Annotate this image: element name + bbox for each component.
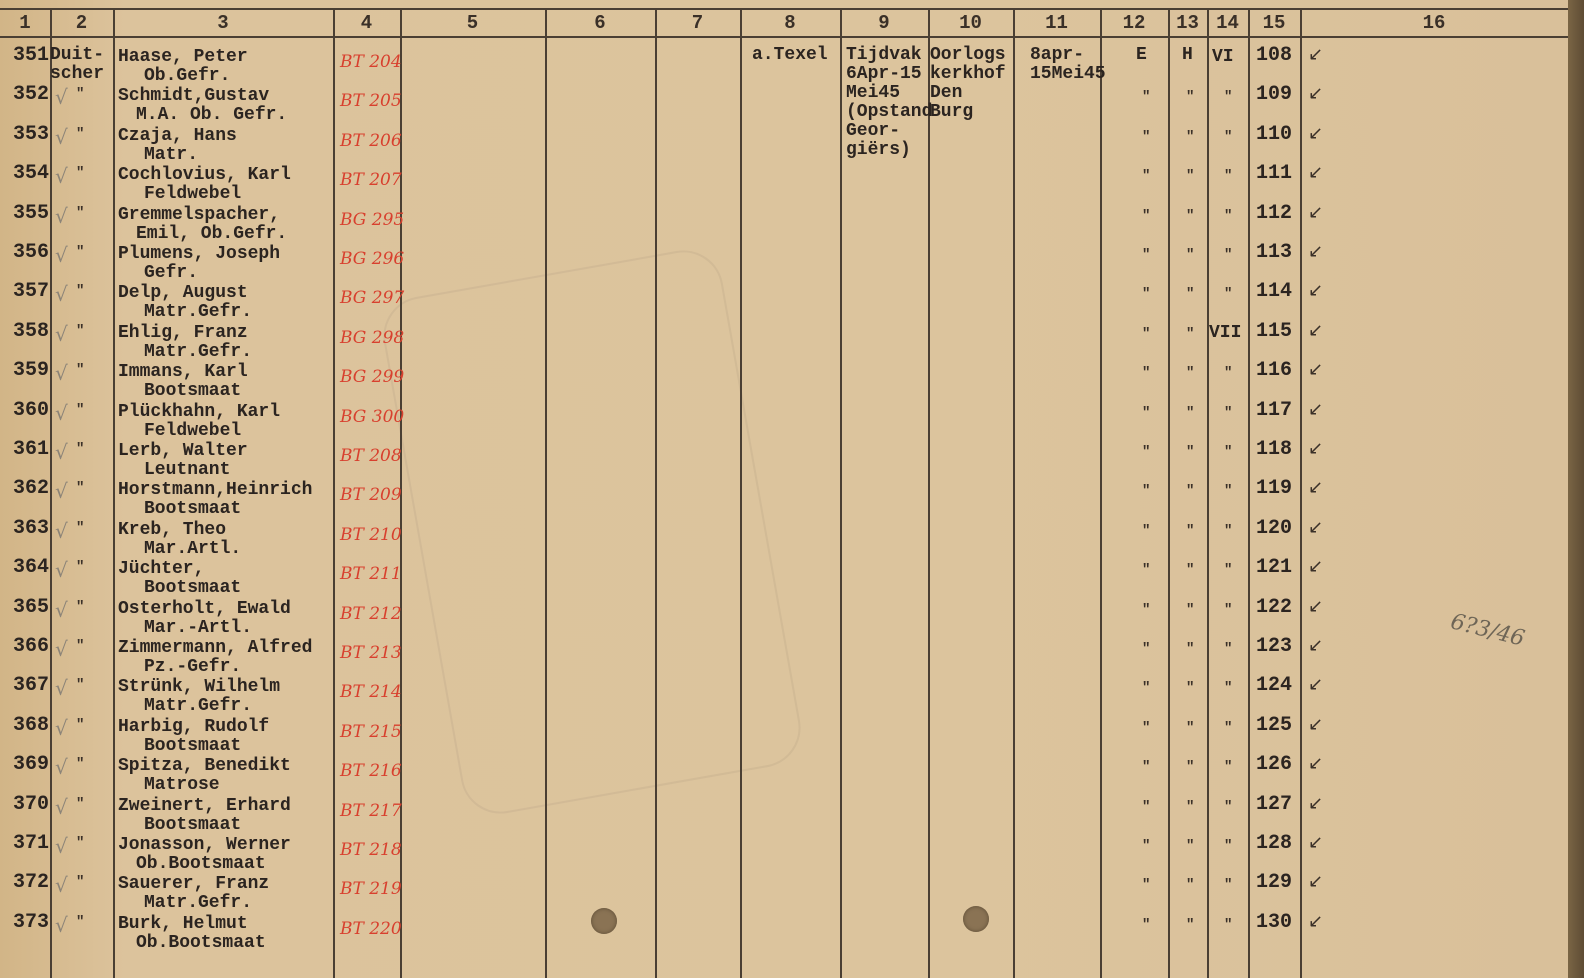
punch-hole-right xyxy=(963,906,989,932)
tick-mark-icon: ↙ xyxy=(1308,753,1323,774)
row-number: 361 xyxy=(13,440,49,459)
person-rank: Bootsmaat xyxy=(144,816,241,835)
col14-ditto: " xyxy=(1224,759,1232,775)
ditto-mark: " xyxy=(76,677,84,693)
col13-ditto: " xyxy=(1186,720,1194,736)
check-mark-icon: √ xyxy=(55,676,68,700)
check-mark-icon: √ xyxy=(55,873,68,897)
column-divider xyxy=(1168,10,1170,978)
col13-ditto: " xyxy=(1186,877,1194,893)
row-number: 365 xyxy=(13,598,49,617)
person-rank: Mar.Artl. xyxy=(144,540,241,559)
col10-cemetery: Oorlogs kerkhof Den Burg xyxy=(930,46,1006,122)
col15-number: 130 xyxy=(1256,913,1292,932)
ditto-mark: " xyxy=(76,205,84,221)
row-number: 355 xyxy=(13,204,49,223)
column-divider xyxy=(50,10,52,978)
column-header-4: 4 xyxy=(333,10,400,36)
col15-number: 112 xyxy=(1256,204,1292,223)
grave-reference: BG 295 xyxy=(340,210,404,230)
col9-period: Tijdvak 6Apr-15 Mei45 (Opstand Geor- gië… xyxy=(846,46,932,160)
ditto-mark: " xyxy=(76,914,84,930)
person-rank: Matr.Gefr. xyxy=(144,303,252,322)
column-header-10: 10 xyxy=(928,10,1013,36)
column-divider xyxy=(655,10,657,978)
check-mark-icon: √ xyxy=(55,637,68,661)
tick-mark-icon: ↙ xyxy=(1308,320,1323,341)
ditto-mark: " xyxy=(76,796,84,812)
col14-ditto: " xyxy=(1224,483,1232,499)
col12-ditto: " xyxy=(1142,641,1150,657)
check-mark-icon: √ xyxy=(55,125,68,149)
row-number: 367 xyxy=(13,676,49,695)
person-rank: Gefr. xyxy=(144,264,198,283)
col11-dates: 8apr- 15Mei45 xyxy=(1030,46,1106,84)
check-mark-icon: √ xyxy=(55,164,68,188)
col13-ditto: " xyxy=(1186,365,1194,381)
person-name: Burk, Helmut xyxy=(118,915,248,934)
row-number: 360 xyxy=(13,401,49,420)
col14-ditto: " xyxy=(1224,562,1232,578)
col15-number: 109 xyxy=(1256,85,1292,104)
row-number: 351 xyxy=(13,46,49,65)
person-rank: Bootsmaat xyxy=(144,579,241,598)
col14-value: VI xyxy=(1212,48,1234,67)
col8-location: a.Texel xyxy=(752,46,828,65)
ditto-mark: " xyxy=(76,480,84,496)
col15-number: 118 xyxy=(1256,440,1292,459)
column-divider xyxy=(840,10,842,978)
col13-ditto: " xyxy=(1186,759,1194,775)
person-rank: Mar.-Artl. xyxy=(144,619,252,638)
tick-mark-icon: ↙ xyxy=(1308,162,1323,183)
column-header-1: 1 xyxy=(0,10,50,36)
person-name: Schmidt,Gustav xyxy=(118,87,269,106)
col15-number: 117 xyxy=(1256,401,1292,420)
grave-reference: BT 209 xyxy=(340,485,402,505)
col15-number: 128 xyxy=(1256,834,1292,853)
person-name: Lerb, Walter xyxy=(118,442,248,461)
tick-mark-icon: ↙ xyxy=(1308,714,1323,735)
col12-first: E xyxy=(1136,46,1147,65)
person-rank: Ob.Gefr. xyxy=(144,67,230,86)
person-rank: Feldwebel xyxy=(144,422,241,441)
col12-ditto: " xyxy=(1142,365,1150,381)
grave-reference: BT 215 xyxy=(340,722,402,742)
row-number: 372 xyxy=(13,873,49,892)
col15-number: 113 xyxy=(1256,243,1292,262)
tick-mark-icon: ↙ xyxy=(1308,123,1323,144)
column-divider xyxy=(545,10,547,978)
grave-reference: BT 214 xyxy=(340,682,402,702)
column-divider xyxy=(1100,10,1102,978)
column-header-9: 9 xyxy=(840,10,928,36)
grave-reference: BT 211 xyxy=(340,564,402,584)
check-mark-icon: √ xyxy=(55,440,68,464)
col14-ditto: " xyxy=(1224,129,1232,145)
grave-reference: BG 299 xyxy=(340,367,404,387)
person-name: Delp, August xyxy=(118,284,248,303)
row-number: 366 xyxy=(13,637,49,656)
column-header-6: 6 xyxy=(545,10,655,36)
ditto-mark: " xyxy=(76,323,84,339)
ditto-mark: " xyxy=(76,599,84,615)
col13-ditto: " xyxy=(1186,444,1194,460)
person-name: Immans, Karl xyxy=(118,363,248,382)
col14-ditto: " xyxy=(1224,168,1232,184)
ditto-mark: " xyxy=(76,835,84,851)
tick-mark-icon: ↙ xyxy=(1308,477,1323,498)
check-mark-icon: √ xyxy=(55,204,68,228)
grave-reference: BT 213 xyxy=(340,643,402,663)
ditto-mark: " xyxy=(76,362,84,378)
person-name: Plückhahn, Karl xyxy=(118,403,280,422)
person-rank: Bootsmaat xyxy=(144,382,241,401)
col15-number: 125 xyxy=(1256,716,1292,735)
col13-ditto: " xyxy=(1186,405,1194,421)
col12-ditto: " xyxy=(1142,720,1150,736)
check-mark-icon: √ xyxy=(55,85,68,109)
grave-reference: BT 216 xyxy=(340,761,402,781)
column-header-3: 3 xyxy=(113,10,333,36)
grave-reference: BT 204 xyxy=(340,52,402,72)
person-name: Zimmermann, Alfred xyxy=(118,639,312,658)
col15-number: 124 xyxy=(1256,676,1292,695)
ditto-mark: " xyxy=(76,402,84,418)
person-name: Strünk, Wilhelm xyxy=(118,678,280,697)
col13-ditto: " xyxy=(1186,602,1194,618)
check-mark-icon: √ xyxy=(55,361,68,385)
row-number: 352 xyxy=(13,85,49,104)
check-mark-icon: √ xyxy=(55,598,68,622)
col14-ditto: " xyxy=(1224,405,1232,421)
ditto-mark: " xyxy=(76,283,84,299)
col13-ditto: " xyxy=(1186,483,1194,499)
tick-mark-icon: ↙ xyxy=(1308,635,1323,656)
tick-mark-icon: ↙ xyxy=(1308,438,1323,459)
col13-ditto: " xyxy=(1186,208,1194,224)
person-rank: Bootsmaat xyxy=(144,737,241,756)
col15-number: 116 xyxy=(1256,361,1292,380)
column-header-15: 15 xyxy=(1248,10,1300,36)
column-divider xyxy=(740,10,742,978)
person-rank: Matr. xyxy=(144,146,198,165)
col14-ditto: " xyxy=(1224,247,1232,263)
check-mark-icon: √ xyxy=(55,243,68,267)
ditto-mark: " xyxy=(76,559,84,575)
person-name: Kreb, Theo xyxy=(118,521,226,540)
col14-ditto: " xyxy=(1224,720,1232,736)
col15-number: 120 xyxy=(1256,519,1292,538)
person-rank: Pz.-Gefr. xyxy=(144,658,241,677)
grave-reference: BT 206 xyxy=(340,131,402,151)
col12-ditto: " xyxy=(1142,405,1150,421)
person-name: Zweinert, Erhard xyxy=(118,797,291,816)
col12-ditto: " xyxy=(1142,444,1150,460)
person-name: Czaja, Hans xyxy=(118,127,237,146)
column-header-2: 2 xyxy=(50,10,113,36)
col13-ditto: " xyxy=(1186,641,1194,657)
col12-ditto: " xyxy=(1142,562,1150,578)
col13-ditto: " xyxy=(1186,680,1194,696)
person-rank: Ob.Bootsmaat xyxy=(136,855,266,874)
grave-reference: BT 212 xyxy=(340,604,402,624)
col13-ditto: " xyxy=(1186,799,1194,815)
column-header-16: 16 xyxy=(1300,10,1568,36)
col12-ditto: " xyxy=(1142,286,1150,302)
person-rank: Ob.Bootsmaat xyxy=(136,934,266,953)
person-name: Ehlig, Franz xyxy=(118,324,248,343)
col12-ditto: " xyxy=(1142,129,1150,145)
col13-ditto: " xyxy=(1186,917,1194,933)
grave-reference: BT 210 xyxy=(340,525,402,545)
check-mark-icon: √ xyxy=(55,913,68,937)
row-number: 368 xyxy=(13,716,49,735)
tick-mark-icon: ↙ xyxy=(1308,517,1323,538)
tick-mark-icon: ↙ xyxy=(1308,83,1323,104)
row-number: 373 xyxy=(13,913,49,932)
col12-ditto: " xyxy=(1142,799,1150,815)
col15-number: 115 xyxy=(1256,322,1292,341)
person-name: Plumens, Joseph xyxy=(118,245,280,264)
tick-mark-icon: ↙ xyxy=(1308,911,1323,932)
col15-number: 111 xyxy=(1256,164,1292,183)
person-name: Jüchter, xyxy=(118,560,204,579)
person-rank: Feldwebel xyxy=(144,185,241,204)
tick-mark-icon: ↙ xyxy=(1308,202,1323,223)
grave-reference: BG 296 xyxy=(340,249,404,269)
row-number: 353 xyxy=(13,125,49,144)
person-name: Horstmann,Heinrich xyxy=(118,481,312,500)
grave-reference: BT 208 xyxy=(340,446,402,466)
col14-ditto: " xyxy=(1224,208,1232,224)
check-mark-icon: √ xyxy=(55,322,68,346)
col15-number: 121 xyxy=(1256,558,1292,577)
col15-number: 108 xyxy=(1256,46,1292,65)
column-header-7: 7 xyxy=(655,10,740,36)
col15-number: 110 xyxy=(1256,125,1292,144)
col14-ditto: " xyxy=(1224,799,1232,815)
column-header-12: 12 xyxy=(1100,10,1168,36)
row-number: 356 xyxy=(13,243,49,262)
person-rank: Matrose xyxy=(144,776,220,795)
person-rank: Emil, Ob.Gefr. xyxy=(136,225,287,244)
column-header-11: 11 xyxy=(1013,10,1100,36)
ditto-mark: " xyxy=(76,86,84,102)
check-mark-icon: √ xyxy=(55,558,68,582)
col12-ditto: " xyxy=(1142,326,1150,342)
col13-ditto: " xyxy=(1186,89,1194,105)
person-rank: Bootsmaat xyxy=(144,500,241,519)
row-number: 369 xyxy=(13,755,49,774)
column-divider xyxy=(113,10,115,978)
tick-mark-icon: ↙ xyxy=(1308,44,1323,65)
person-name: Haase, Peter xyxy=(118,48,248,67)
col12-ditto: " xyxy=(1142,208,1150,224)
col12-ditto: " xyxy=(1142,168,1150,184)
col15-number: 126 xyxy=(1256,755,1292,774)
col14-ditto: " xyxy=(1224,680,1232,696)
col12-ditto: " xyxy=(1142,602,1150,618)
col14-ditto: " xyxy=(1224,838,1232,854)
ditto-mark: " xyxy=(76,244,84,260)
row-number: 357 xyxy=(13,282,49,301)
person-rank: Matr.Gefr. xyxy=(144,343,252,362)
col13-ditto: " xyxy=(1186,326,1194,342)
grave-reference: BT 219 xyxy=(340,879,402,899)
column-divider xyxy=(1207,10,1209,978)
col13-ditto: " xyxy=(1186,838,1194,854)
col15-number: 129 xyxy=(1256,873,1292,892)
col13-ditto: " xyxy=(1186,247,1194,263)
row-number: 362 xyxy=(13,479,49,498)
person-name: Spitza, Benedikt xyxy=(118,757,291,776)
col15-number: 123 xyxy=(1256,637,1292,656)
grave-reference: BG 300 xyxy=(340,407,404,427)
tick-mark-icon: ↙ xyxy=(1308,241,1323,262)
person-name: Sauerer, Franz xyxy=(118,875,269,894)
col13-ditto: " xyxy=(1186,129,1194,145)
person-rank: M.A. Ob. Gefr. xyxy=(136,106,287,125)
row-number: 371 xyxy=(13,834,49,853)
ditto-mark: " xyxy=(76,756,84,772)
col14-ditto: " xyxy=(1224,877,1232,893)
page-edge xyxy=(1568,0,1584,978)
column-divider xyxy=(1300,10,1302,978)
punch-hole-left xyxy=(591,908,617,934)
col15-number: 114 xyxy=(1256,282,1292,301)
column-header-13: 13 xyxy=(1168,10,1207,36)
col15-number: 127 xyxy=(1256,795,1292,814)
col12-ditto: " xyxy=(1142,89,1150,105)
col12-ditto: " xyxy=(1142,680,1150,696)
grave-reference: BG 297 xyxy=(340,288,404,308)
ditto-mark: " xyxy=(76,874,84,890)
check-mark-icon: √ xyxy=(55,519,68,543)
person-name: Gremmelspacher, xyxy=(118,206,280,225)
col14-ditto: " xyxy=(1224,444,1232,460)
ditto-mark: " xyxy=(76,717,84,733)
tick-mark-icon: ↙ xyxy=(1308,596,1323,617)
col15-number: 122 xyxy=(1256,598,1292,617)
col12-ditto: " xyxy=(1142,877,1150,893)
person-rank: Leutnant xyxy=(144,461,230,480)
col14-ditto: " xyxy=(1224,641,1232,657)
row-number: 363 xyxy=(13,519,49,538)
tick-mark-icon: ↙ xyxy=(1308,399,1323,420)
col13-ditto: " xyxy=(1186,562,1194,578)
column-divider xyxy=(1013,10,1015,978)
row-number: 370 xyxy=(13,795,49,814)
check-mark-icon: √ xyxy=(55,716,68,740)
col14-ditto: " xyxy=(1224,602,1232,618)
person-name: Harbig, Rudolf xyxy=(118,718,269,737)
ditto-mark: " xyxy=(76,520,84,536)
col12-ditto: " xyxy=(1142,483,1150,499)
col14-ditto: " xyxy=(1224,286,1232,302)
tick-mark-icon: ↙ xyxy=(1308,871,1323,892)
col12-ditto: " xyxy=(1142,838,1150,854)
tick-mark-icon: ↙ xyxy=(1308,674,1323,695)
col12-ditto: " xyxy=(1142,759,1150,775)
check-mark-icon: √ xyxy=(55,479,68,503)
grave-reference: BT 220 xyxy=(340,919,402,939)
col14-value: VII xyxy=(1209,324,1241,343)
row-number: 359 xyxy=(13,361,49,380)
grave-reference: BG 298 xyxy=(340,328,404,348)
tick-mark-icon: ↙ xyxy=(1308,280,1323,301)
tick-mark-icon: ↙ xyxy=(1308,556,1323,577)
tick-mark-icon: ↙ xyxy=(1308,832,1323,853)
person-name: Cochlovius, Karl xyxy=(118,166,291,185)
ditto-mark: " xyxy=(76,441,84,457)
grave-reference: BT 207 xyxy=(340,170,402,190)
ditto-mark: " xyxy=(76,165,84,181)
grave-reference: BT 217 xyxy=(340,801,402,821)
check-mark-icon: √ xyxy=(55,834,68,858)
col14-ditto: " xyxy=(1224,365,1232,381)
column-header-5: 5 xyxy=(400,10,545,36)
ditto-mark: " xyxy=(76,638,84,654)
column-divider xyxy=(333,10,335,978)
col14-ditto: " xyxy=(1224,89,1232,105)
col15-number: 119 xyxy=(1256,479,1292,498)
col13-ditto: " xyxy=(1186,168,1194,184)
check-mark-icon: √ xyxy=(55,282,68,306)
header-rule xyxy=(0,36,1568,38)
grave-reference: BT 218 xyxy=(340,840,402,860)
grave-reference: BT 205 xyxy=(340,91,402,111)
col13-first: H xyxy=(1182,46,1193,65)
check-mark-icon: √ xyxy=(55,755,68,779)
col2-nationality: Duit- scher xyxy=(50,46,104,84)
check-mark-icon: √ xyxy=(55,401,68,425)
person-name: Osterholt, Ewald xyxy=(118,600,291,619)
col14-ditto: " xyxy=(1224,523,1232,539)
person-rank: Matr.Gefr. xyxy=(144,894,252,913)
col14-ditto: " xyxy=(1224,917,1232,933)
person-name: Jonasson, Werner xyxy=(118,836,291,855)
col12-ditto: " xyxy=(1142,917,1150,933)
ditto-mark: " xyxy=(76,126,84,142)
check-mark-icon: √ xyxy=(55,795,68,819)
col13-ditto: " xyxy=(1186,286,1194,302)
row-number: 358 xyxy=(13,322,49,341)
col13-ditto: " xyxy=(1186,523,1194,539)
tick-mark-icon: ↙ xyxy=(1308,359,1323,380)
row-number: 354 xyxy=(13,164,49,183)
col12-ditto: " xyxy=(1142,247,1150,263)
column-header-8: 8 xyxy=(740,10,840,36)
row-number: 364 xyxy=(13,558,49,577)
column-divider xyxy=(1248,10,1250,978)
column-header-14: 14 xyxy=(1207,10,1248,36)
tick-mark-icon: ↙ xyxy=(1308,793,1323,814)
col12-ditto: " xyxy=(1142,523,1150,539)
person-rank: Matr.Gefr. xyxy=(144,697,252,716)
